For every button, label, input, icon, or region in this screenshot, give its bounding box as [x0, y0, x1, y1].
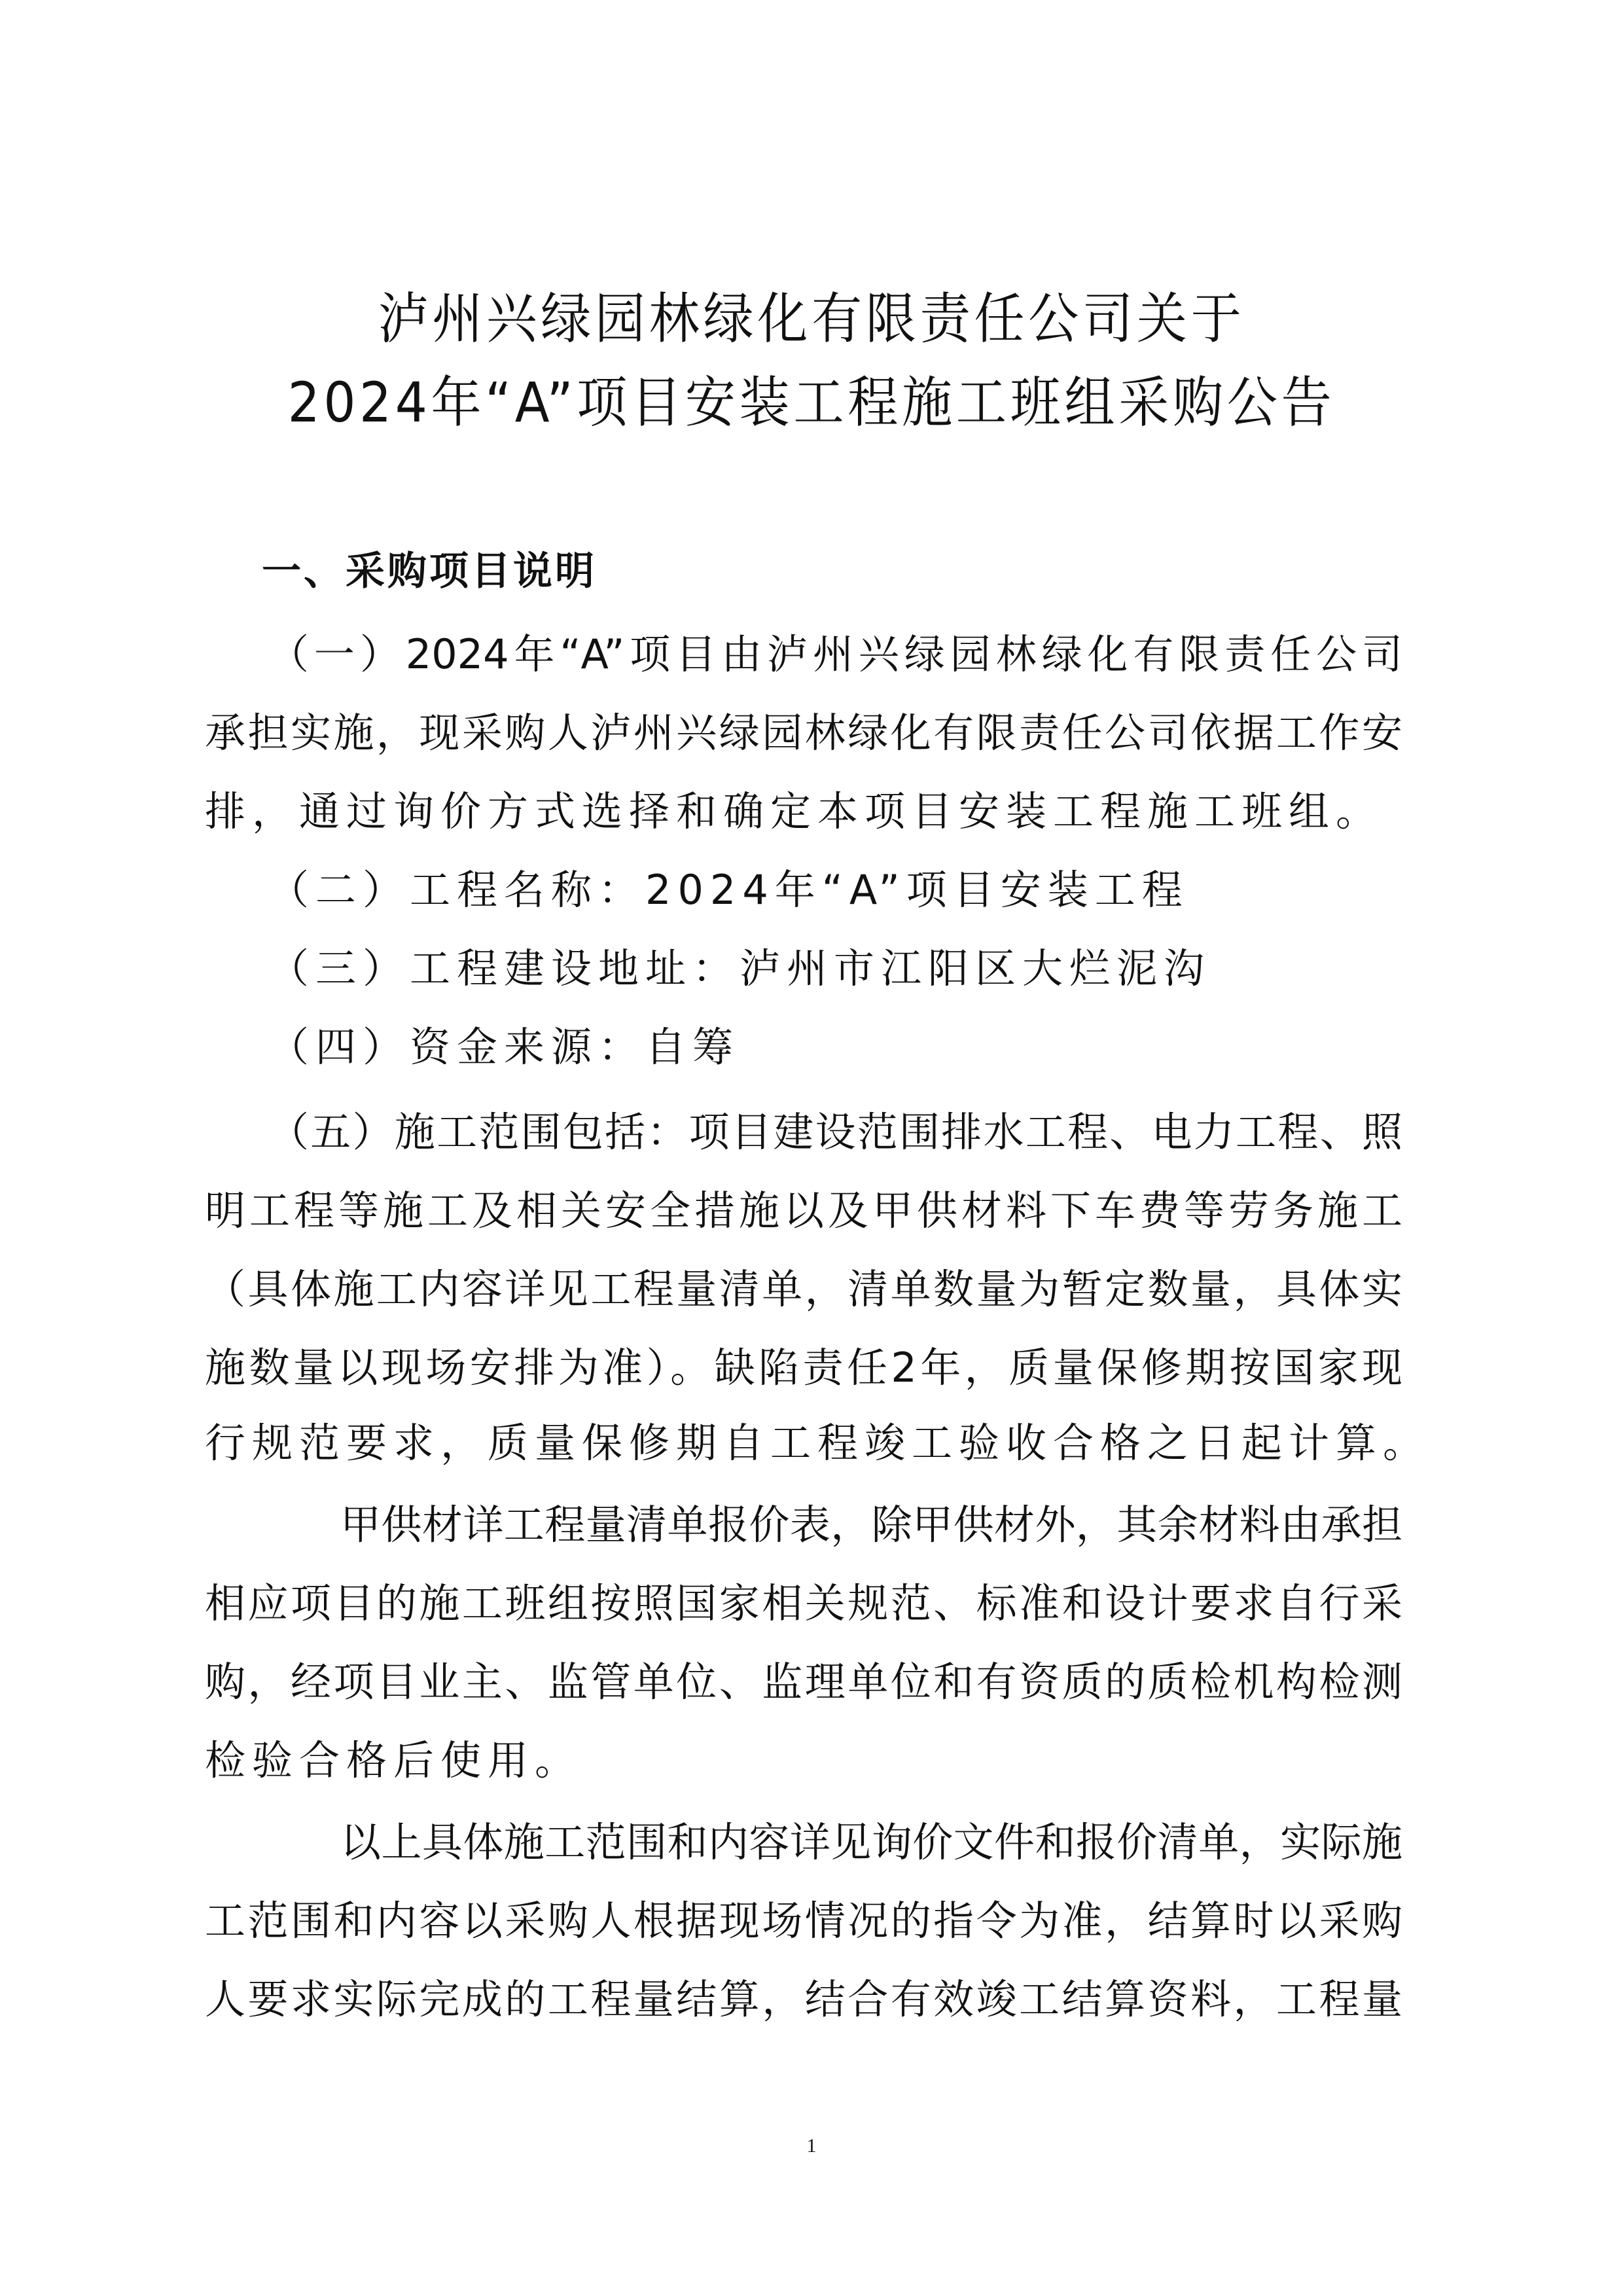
section-heading: 一、采购项目说明 [262, 540, 597, 596]
body-line: （一）2024年“A”项目由泸州兴绿园林绿化有限责任公司 [268, 628, 1402, 681]
body-line: 人要求实际完成的工程量结算，结合有效竣工结算资料，工程量 [205, 1973, 1402, 2026]
body-line: （四）资金来源：自筹 [268, 1021, 1402, 1073]
body-line: 承担实施，现采购人泸州兴绿园林绿化有限责任公司依据工作安 [205, 707, 1402, 759]
body-line: 以上具体施工范围和内容详见询价文件和报价清单，实际施 [340, 1816, 1402, 1869]
body-line: （三）工程建设地址：泸州市江阳区大烂泥沟 [268, 942, 1402, 995]
body-line: 购，经项目业主、监管单位、监理单位和有资质的质检机构检测 [205, 1656, 1402, 1708]
body-line: 行规范要求，质量保修期自工程竣工验收合格之日起计算。 [205, 1417, 1402, 1469]
document-title-line-2: 2024年“A”项目安装工程施工班组采购公告 [65, 359, 1558, 438]
body-line: 甲供材详工程量清单报价表，除甲供材外，其余材料由承担 [340, 1499, 1402, 1551]
body-line: 检验合格后使用。 [205, 1734, 1402, 1787]
body-line: 明工程等施工及相关安全措施以及甲供材料下车费等劳务施工 [205, 1185, 1402, 1237]
document-title-line-1: 泸州兴绿园林绿化有限责任公司关于 [65, 275, 1558, 354]
page-number: 1 [0, 2135, 1623, 2157]
body-line: （具体施工内容详见工程量清单，清单数量为暂定数量，具体实 [205, 1263, 1402, 1316]
body-line: （二）工程名称：2024年“A”项目安装工程 [268, 864, 1402, 916]
body-line: 排，通过询价方式选择和确定本项目安装工程施工班组。 [205, 785, 1402, 838]
body-line: 施数量以现场安排为准）。缺陷责任2年，质量保修期按国家现 [205, 1342, 1402, 1394]
body-line: （五）施工范围包括：项目建设范围排水工程、电力工程、照 [268, 1106, 1402, 1158]
body-line: 相应项目的施工班组按照国家相关规范、标准和设计要求自行采 [205, 1577, 1402, 1630]
body-line: 工范围和内容以采购人根据现场情况的指令为准，结算时以采购 [205, 1895, 1402, 1947]
